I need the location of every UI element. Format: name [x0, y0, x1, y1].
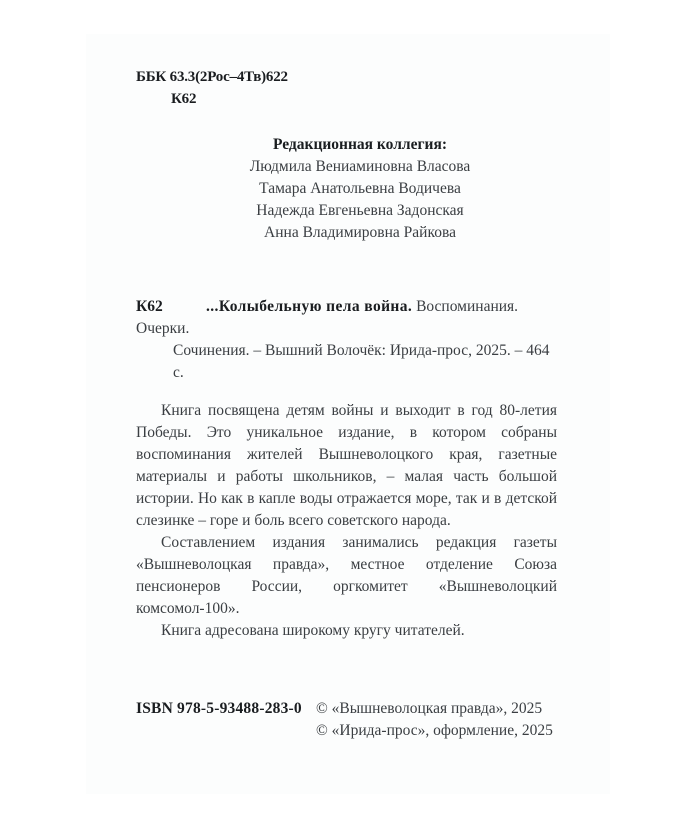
copyright-line: © «Ирида-прос», оформление, 2025: [316, 720, 553, 742]
isbn: ISBN 978-5-93488-283-0: [136, 698, 302, 720]
board-member: Анна Владимировна Райкова: [200, 222, 520, 244]
catalog-publication-details: Сочинения. – Вышний Волочёк: Ирида-прос,…: [136, 340, 561, 384]
bbk-code: ББК 63.3(2Рос–4Тв)622: [136, 69, 288, 85]
copyright-line: © «Вышневолоцкая правда», 2025: [316, 698, 553, 720]
book-title: ...Колыбельную пела война.: [206, 298, 412, 315]
annotation-paragraph: Составлением издания занимались редакция…: [136, 532, 557, 620]
annotation-paragraph: Книга адресована широкому кругу читателе…: [136, 620, 557, 642]
catalog-entry: К62...Колыбельную пела война. Воспоминан…: [136, 296, 561, 384]
classification-block: ББК 63.3(2Рос–4Тв)622 К62: [136, 66, 288, 110]
editorial-board-heading: Редакционная коллегия:: [200, 134, 520, 156]
annotation-paragraph: Книга посвящена детям войны и выходит в …: [136, 400, 557, 532]
board-member: Надежда Евгеньевна Задонская: [200, 200, 520, 222]
author-mark: К62: [136, 88, 288, 110]
editorial-board: Редакционная коллегия: Людмила Вениамино…: [200, 134, 520, 244]
copyright-notices: © «Вышневолоцкая правда», 2025 © «Ирида-…: [316, 698, 553, 742]
board-member: Тамара Анатольевна Водичева: [200, 178, 520, 200]
annotation: Книга посвящена детям войны и выходит в …: [136, 400, 557, 642]
board-member: Людмила Вениаминовна Власова: [200, 156, 520, 178]
catalog-author-mark: К62: [136, 296, 206, 318]
